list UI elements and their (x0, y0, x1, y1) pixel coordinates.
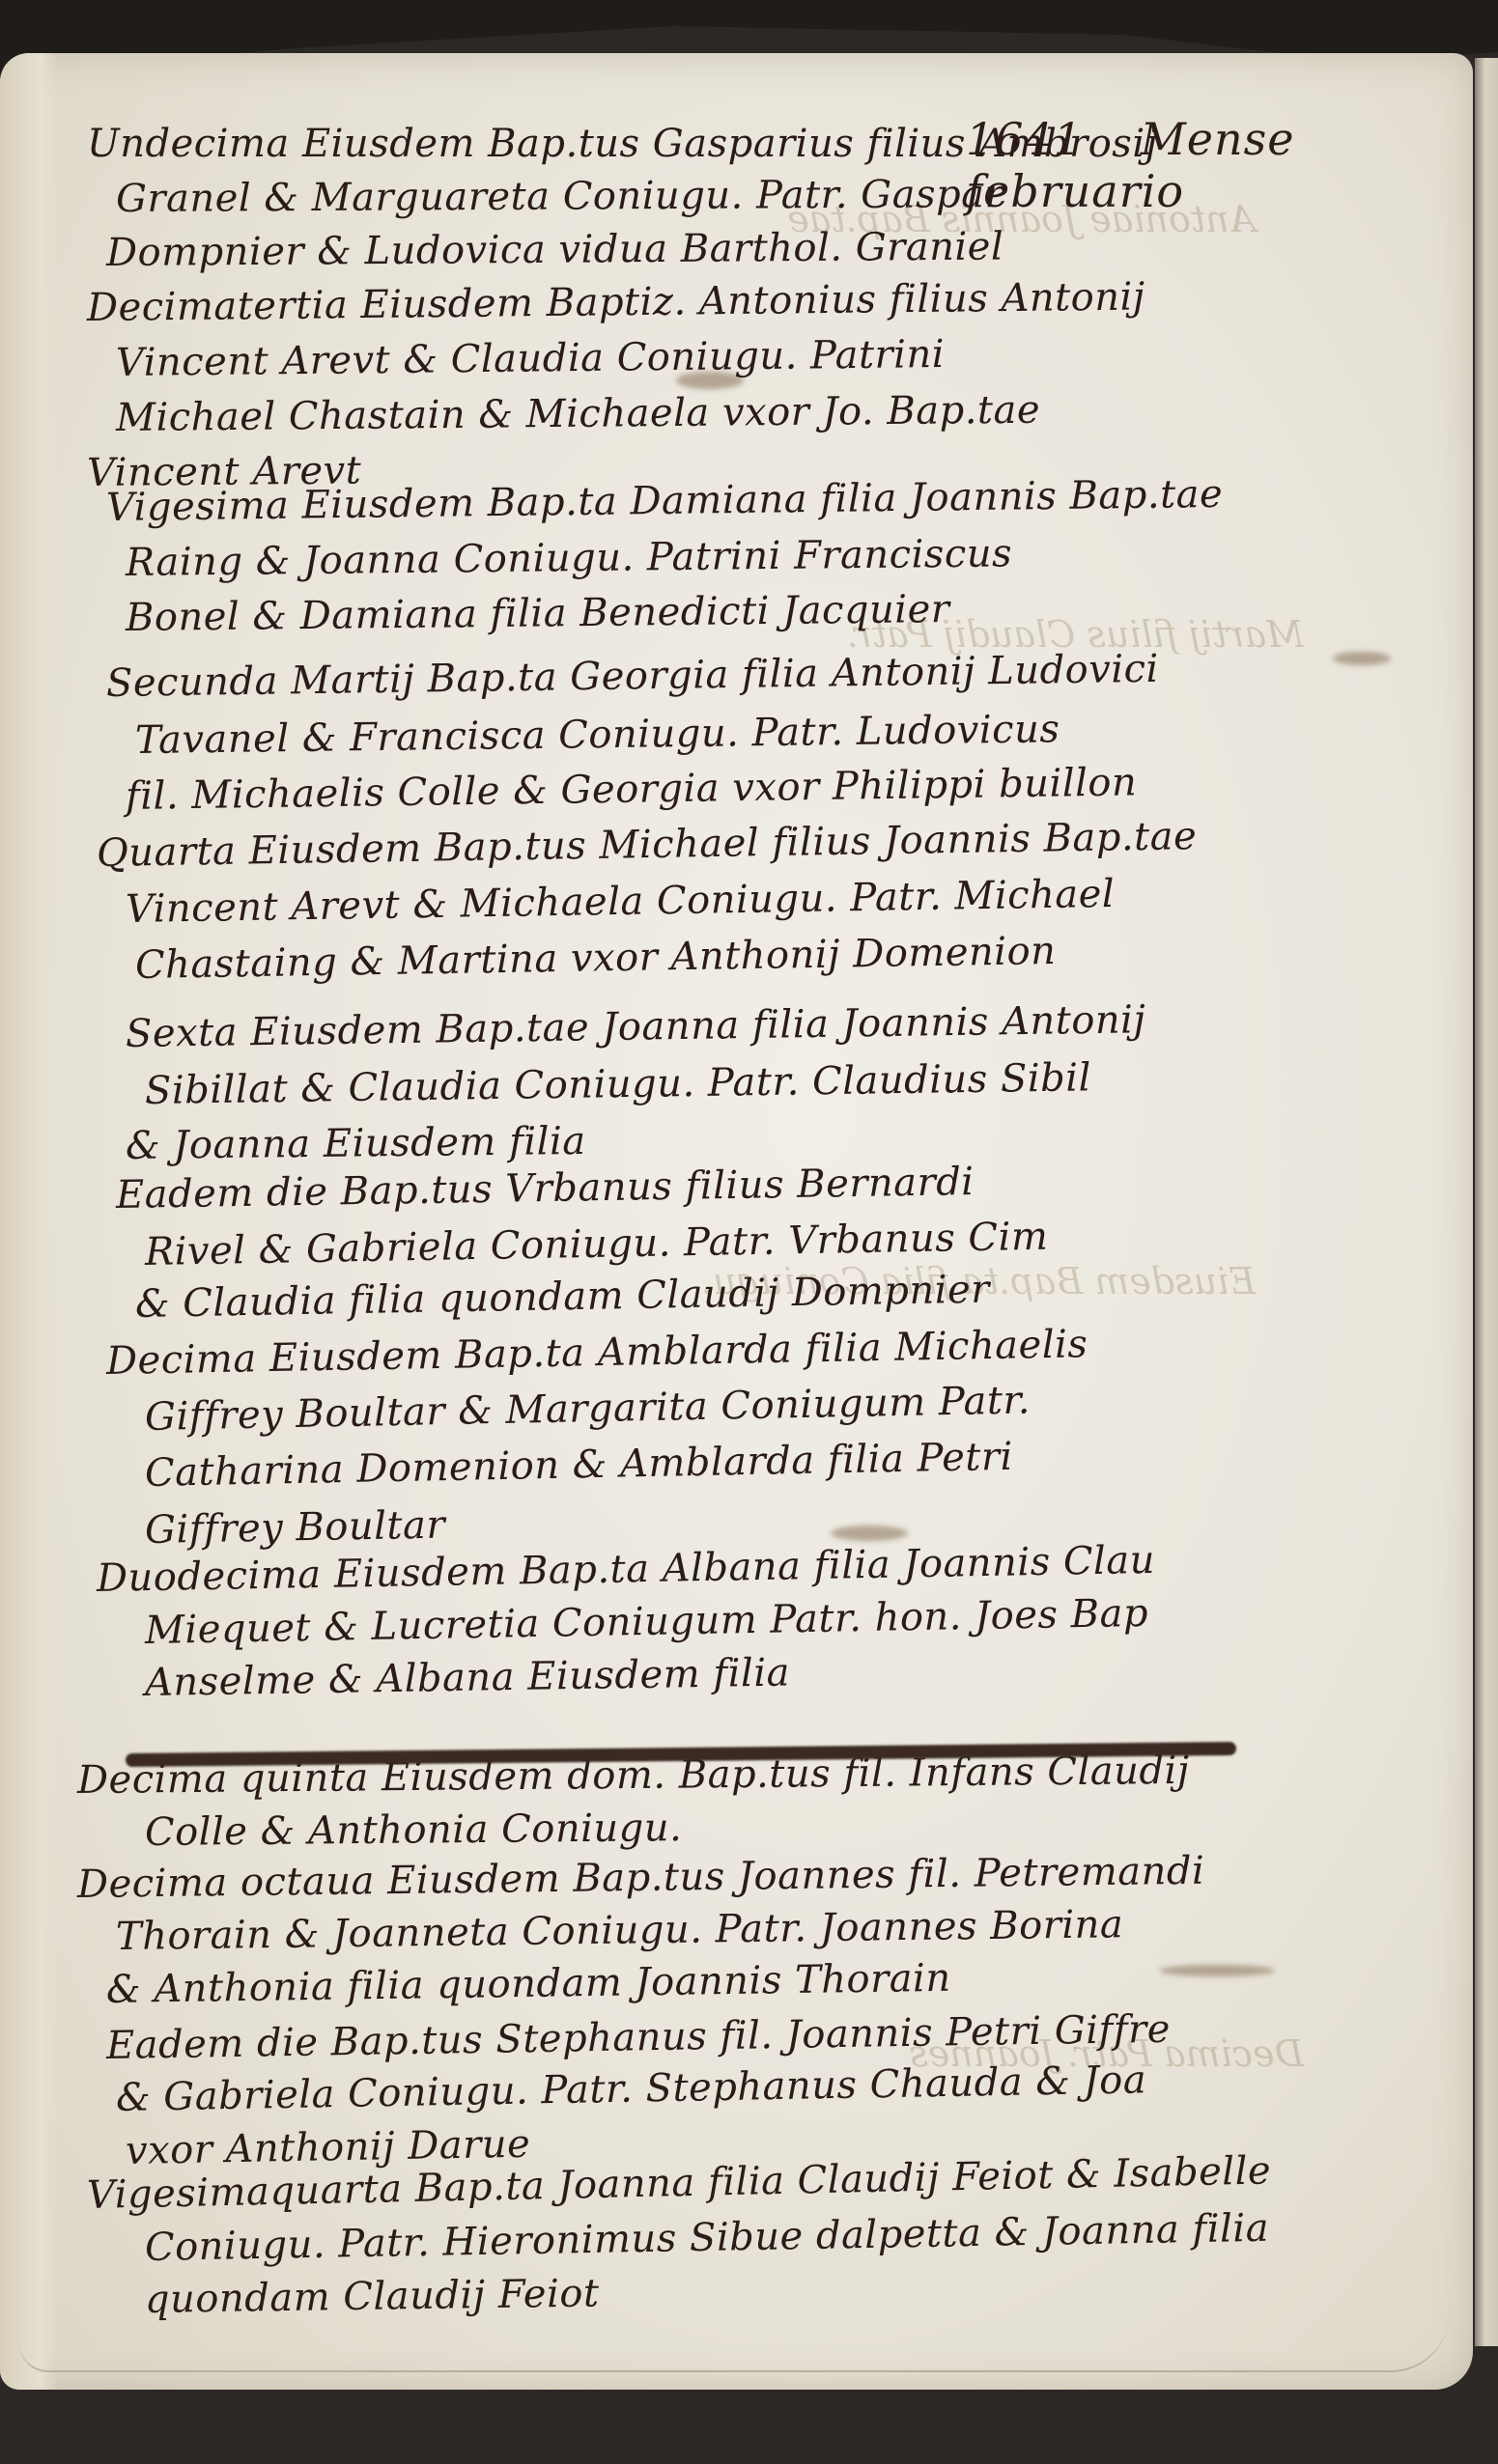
register-line: Decimatertia Eiusdem Baptiz. Antonius fi… (87, 275, 1145, 330)
register-line: Decima octaua Eiusdem Bap.tus Joannes fi… (77, 1849, 1205, 1907)
register-line: Vincent Arevt & Michaela Coniugu. Patr. … (126, 872, 1116, 932)
register-line: Tavanel & Francisca Coniugu. Patr. Ludov… (135, 707, 1060, 763)
register-line: Giffrey Boultar & Margarita Coniugum Pat… (145, 1378, 1032, 1440)
register-line: Chastaing & Martina vxor Anthonij Domeni… (135, 929, 1057, 988)
register-line: Quarta Eiusdem Bap.tus Michael filius Jo… (97, 814, 1198, 876)
register-line: Decima Eiusdem Bap.ta Amblarda filia Mic… (106, 1322, 1088, 1384)
ink-blot (831, 1526, 908, 1541)
register-line: Vincent Arevt & Claudia Coniugu. Patrini (116, 332, 945, 385)
register-line: Raing & Joanna Coniugu. Patrini Francisc… (126, 531, 1012, 585)
register-line: Thorain & Joanneta Coniugu. Patr. Joanne… (116, 1902, 1124, 1959)
register-line: Bonel & Damiana filia Benedicti Jacquier (126, 587, 950, 640)
page-bottom-edge (19, 2312, 1449, 2372)
register-line: Miequet & Lucretia Coniugum Patr. hon. J… (145, 1591, 1149, 1653)
register-line: Giffrey Boultar (145, 1503, 446, 1553)
register-line: & Anthonia filia quondam Joannis Thorain (106, 1956, 951, 2012)
register-line: fil. Michaelis Colle & Georgia vxor Phil… (126, 760, 1138, 819)
ink-blot (1333, 652, 1391, 665)
ink-blot (1159, 1965, 1275, 1976)
manuscript-page: Antoniae Joannis Bap.tae Martij filius C… (0, 53, 1473, 2390)
register-line: Anselme & Albana Eiusdem filia (145, 1651, 791, 1705)
register-line: Eadem die Bap.tus Vrbanus filius Bernard… (116, 1160, 975, 1218)
register-line: & Gabriela Coniugu. Patr. Stephanus Chau… (116, 2058, 1147, 2120)
register-line: Catharina Domenion & Amblarda filia Petr… (145, 1435, 1014, 1496)
register-line: Sexta Eiusdem Bap.tae Joanna filia Joann… (126, 997, 1146, 1056)
register-line: Sibillat & Claudia Coniugu. Patr. Claudi… (145, 1055, 1091, 1113)
register-line: & Joanna Eiusdem filia (126, 1119, 586, 1168)
adjacent-page-edge (1475, 58, 1498, 2346)
register-line: Undecima Eiusdem Bap.tus Gasparius filiu… (87, 122, 1158, 166)
register-line: Granel & Marguareta Coniugu. Patr. Gaspa… (116, 172, 1003, 221)
register-line: Coniugu. Patr. Hieronimus Sibue dalpetta… (145, 2206, 1270, 2270)
register-line: Colle & Anthonia Coniugu. (145, 1806, 683, 1855)
register-line: Dompnier & Ludovica vidua Barthol. Grani… (106, 225, 1004, 275)
register-line: & Claudia filia quondam Claudij Dompnier (135, 1268, 991, 1327)
register-line: Michael Chastain & Michaela vxor Jo. Bap… (116, 388, 1040, 440)
register-line: Secunda Martij Bap.ta Georgia filia Anto… (106, 647, 1159, 706)
